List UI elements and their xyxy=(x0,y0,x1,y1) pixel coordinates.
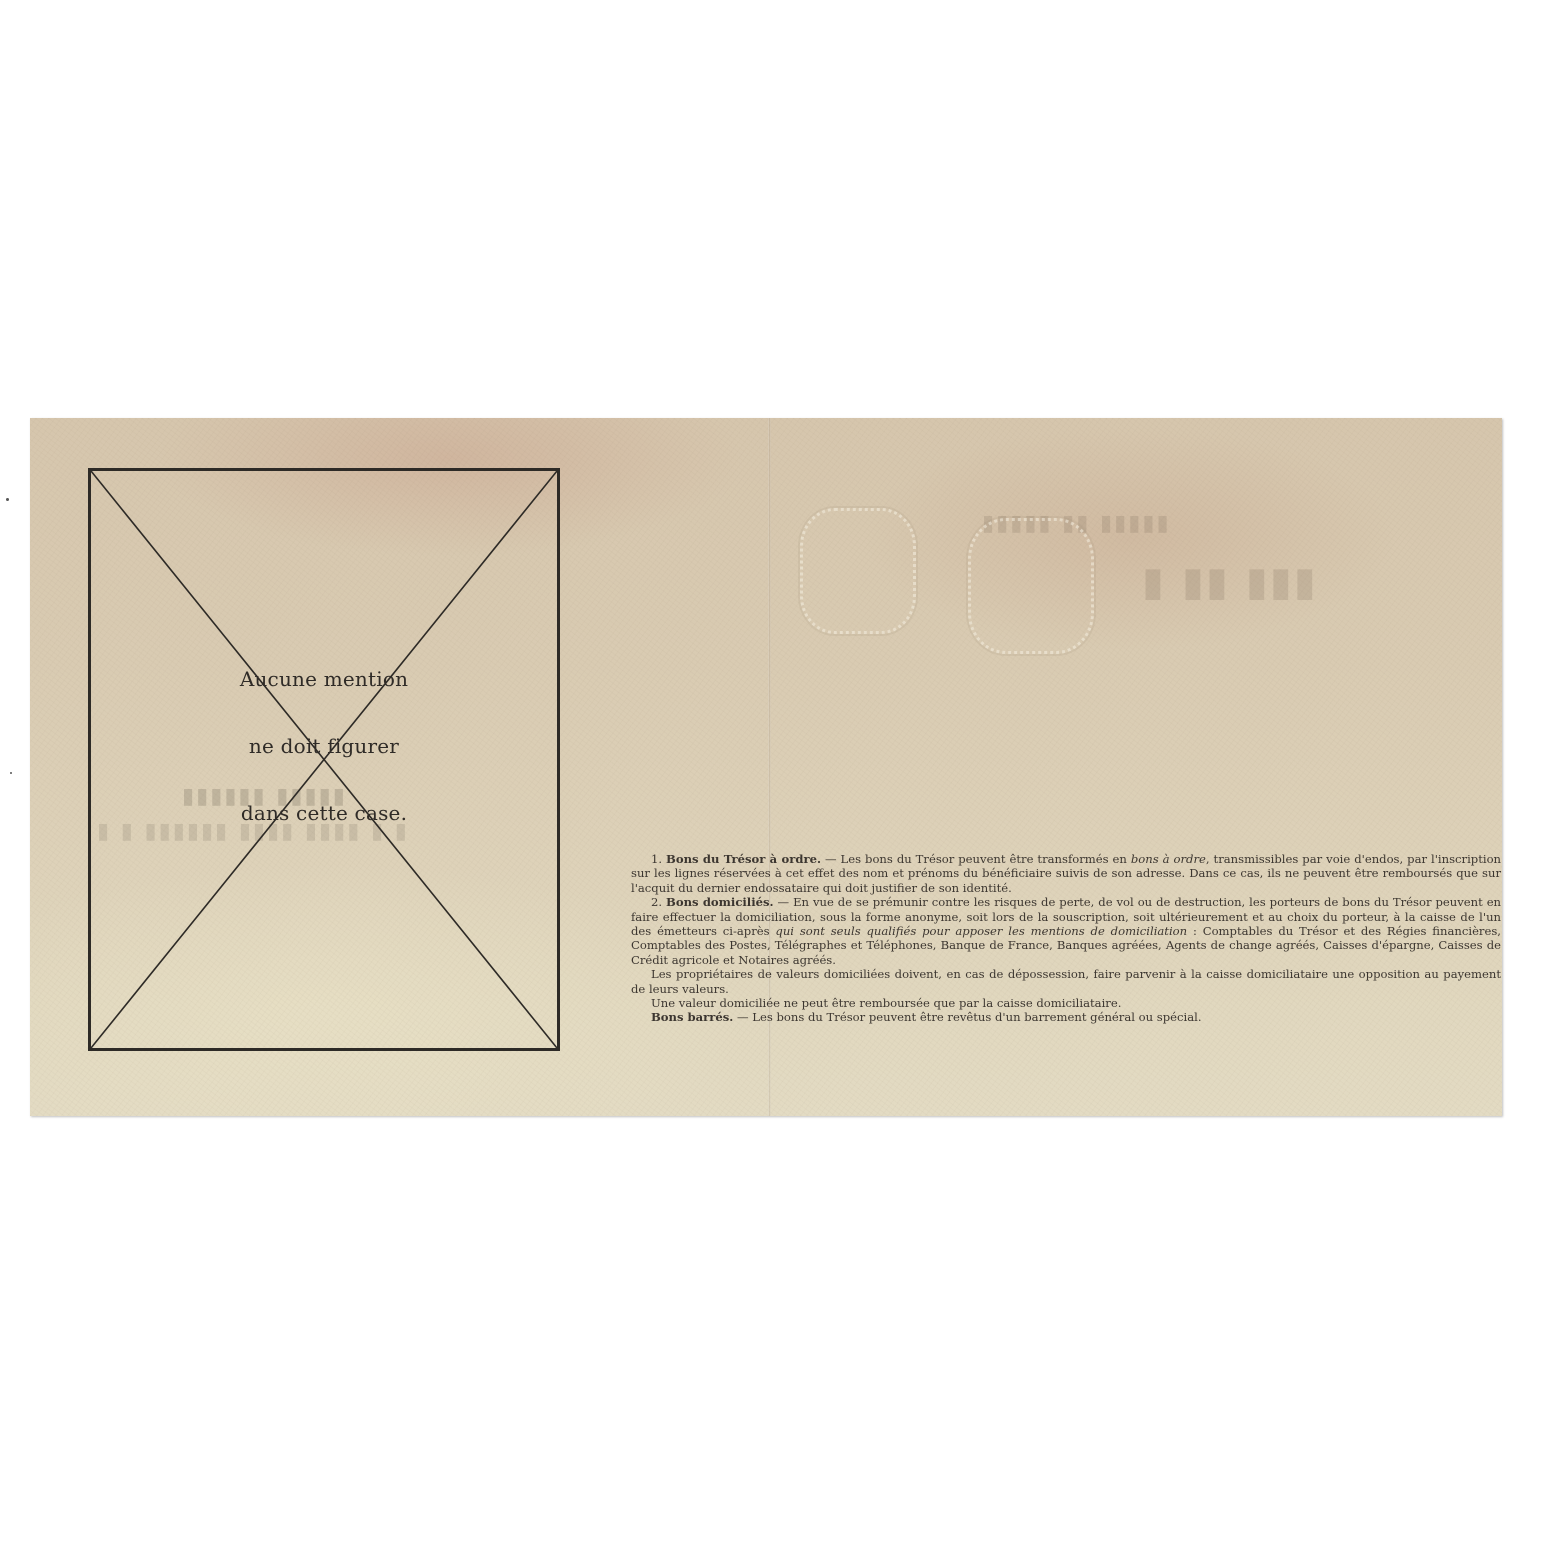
notice-paragraph-orders: 1. Bons du Trésor à ordre. — Les bons du… xyxy=(631,852,1501,895)
paragraph-number: 1. xyxy=(651,852,662,866)
notice-paragraph-dispossession: Les propriétaires de valeurs domiciliées… xyxy=(631,967,1501,996)
stray-mark xyxy=(10,772,12,774)
dash: — xyxy=(733,1010,752,1024)
show-through-title: ▮▮▮ ▮▮ ▮ xyxy=(1140,558,1316,605)
box-line-1: Aucune mention xyxy=(91,667,557,691)
notice-paragraph-crossed: Bons barrés. — Les bons du Trésor peuven… xyxy=(631,1010,1501,1024)
paragraph-text: Les bons du Trésor peuvent être transfor… xyxy=(841,852,1131,866)
printed-notice: 1. Bons du Trésor à ordre. — Les bons du… xyxy=(631,852,1501,1025)
paragraph-heading: Bons barrés. xyxy=(651,1010,733,1024)
treasury-bond-verso: ▮▮▮▮▮ ▮▮ ▮▮▮▮▮ ▮▮▮ ▮▮ ▮ ▮▮▮▮▮ ▮▮▮▮▮▮ ▮ ▮… xyxy=(30,418,1502,1116)
paragraph-italic: bons à ordre xyxy=(1131,852,1206,866)
paragraph-italic: qui sont seuls qualifiés pour apposer le… xyxy=(775,924,1187,938)
stray-mark xyxy=(6,498,9,501)
box-line-3: dans cette case. xyxy=(91,801,557,825)
paragraph-heading: Bons du Trésor à ordre. xyxy=(666,852,821,866)
notice-paragraph-reimbursement: Une valeur domiciliée ne peut être rembo… xyxy=(631,996,1501,1010)
dash: — xyxy=(821,852,841,866)
embossed-stamp-left xyxy=(800,508,916,634)
paragraph-text: Les bons du Trésor peuvent être revêtus … xyxy=(752,1010,1201,1024)
crossed-out-box: Aucune mention ne doit figurer dans cett… xyxy=(88,468,560,1051)
paragraph-heading: Bons domiciliés. xyxy=(666,895,774,909)
dash: — xyxy=(774,895,794,909)
paragraph-number: 2. xyxy=(651,895,662,909)
box-line-2: ne doit figurer xyxy=(91,734,557,758)
cross-lines-icon xyxy=(91,471,557,1048)
embossed-stamp-right xyxy=(968,518,1094,654)
notice-paragraph-domiciled: 2. Bons domiciliés. — En vue de se prému… xyxy=(631,895,1501,967)
